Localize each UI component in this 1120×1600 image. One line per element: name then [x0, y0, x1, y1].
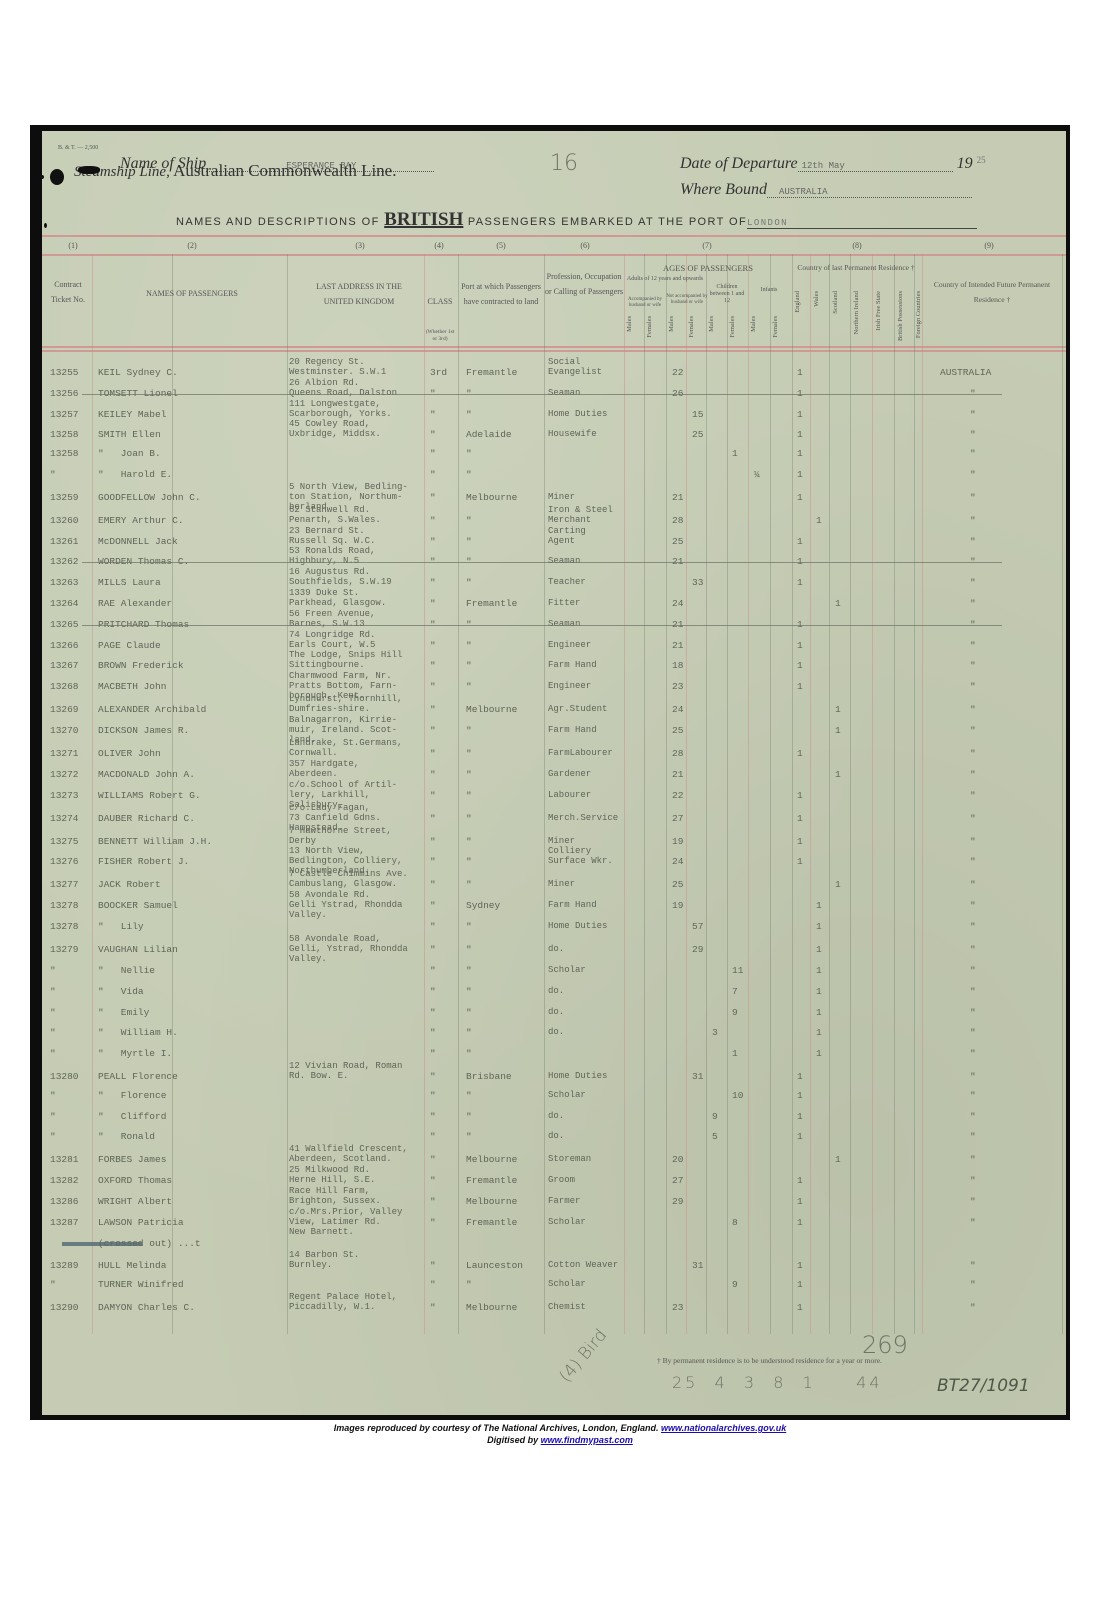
future-residence: " — [970, 965, 976, 976]
last-address: 12 Vivian Road, Roman Rd. Bow. E. — [289, 1061, 402, 1081]
last-residence-mark: 1 — [816, 1007, 822, 1018]
passenger-name: JACK Robert — [98, 879, 161, 890]
class: " — [430, 1196, 436, 1207]
image-credits: Images reproduced by courtesy of The Nat… — [0, 1422, 1120, 1446]
occupation: Housewife — [548, 429, 597, 439]
header-ticket: Contract Ticket No. — [48, 277, 88, 307]
ticket-number: 13272 — [50, 769, 79, 780]
where-bound-value: AUSTRALIA — [767, 187, 972, 198]
class: " — [430, 965, 436, 976]
class: " — [430, 536, 436, 547]
passenger-row: 13262WORDEN Thomas C.53 Ronalds Road, Hi… — [42, 546, 1066, 567]
destination-port: Melbourne — [466, 704, 517, 715]
ticket-number: 13271 — [50, 748, 79, 759]
ticket-number: " — [50, 1048, 56, 1059]
passenger-row: 13282OXFORD Thomas25 Milkwood Rd. Herne … — [42, 1165, 1066, 1186]
destination-port: " — [466, 813, 472, 824]
future-residence: " — [970, 921, 976, 932]
age: 25 — [692, 429, 703, 440]
last-residence-mark: 1 — [797, 1302, 803, 1313]
ink-blot — [40, 175, 44, 179]
age: 9 — [712, 1111, 718, 1122]
future-residence: " — [970, 429, 976, 440]
passenger-row: 13257KEILEY Mabel111 Longwestgate, Scarb… — [42, 399, 1066, 420]
passenger-name: DAMYON Charles C. — [98, 1302, 195, 1313]
future-residence: " — [970, 1302, 976, 1313]
future-residence: " — [970, 769, 976, 780]
class: " — [430, 879, 436, 890]
future-residence: " — [970, 725, 976, 736]
destination-port: " — [466, 1090, 472, 1101]
passenger-name: TURNER Winifred — [98, 1279, 184, 1290]
passenger-row: 13286WRIGHT AlbertRace Hill Farm, Bright… — [42, 1186, 1066, 1207]
passenger-row: 13259GOODFELLOW John C.5 North View, Bed… — [42, 482, 1066, 505]
occupation: Home Duties — [548, 409, 607, 419]
departure-date-value: 12th May — [798, 161, 953, 172]
passenger-name: " Clifford — [98, 1111, 166, 1122]
passenger-name: " Joan B. — [98, 448, 161, 459]
age-subheader: Females — [646, 316, 653, 338]
last-residence-mark: 1 — [816, 1048, 822, 1059]
destination-port: Sydney — [466, 900, 500, 911]
header-not-accompanied: Not accompanied by husband or wife — [666, 294, 708, 306]
last-address: Race Hill Farm, Brighton, Sussex. — [289, 1186, 381, 1206]
age: 10 — [732, 1090, 743, 1101]
ink-blot — [44, 223, 47, 228]
passenger-name: " William H. — [98, 1027, 178, 1038]
ticket-number: " — [50, 1027, 56, 1038]
class: " — [430, 492, 436, 503]
future-residence: " — [970, 598, 976, 609]
passenger-row: 13256TOMSETT Lionel26 Albion Rd. Queens … — [42, 378, 1066, 399]
column-number: (5) — [486, 241, 516, 250]
header-rule — [42, 350, 1066, 352]
age-subheader: Females — [772, 316, 779, 338]
passenger-row: 13255KEIL Sydney C.20 Regency St. Westmi… — [42, 357, 1066, 378]
ticket-number: 13270 — [50, 725, 79, 736]
future-residence: " — [970, 900, 976, 911]
passenger-name: FISHER Robert J. — [98, 856, 189, 867]
last-residence-mark: 1 — [816, 515, 822, 526]
passenger-name: SMITH Ellen — [98, 429, 161, 440]
title-prefix: NAMES AND DESCRIPTIONS OF — [176, 216, 380, 228]
age: 7 — [732, 986, 738, 997]
occupation: do. — [548, 944, 564, 954]
occupation: Fitter — [548, 598, 580, 608]
occupation: Gardener — [548, 769, 591, 779]
ticket-number: 13263 — [50, 577, 79, 588]
future-residence: " — [970, 944, 976, 955]
age: 18 — [672, 660, 683, 671]
last-residence-mark: 1 — [797, 1260, 803, 1271]
passenger-row: 13263MILLS Laura16 Augustus Rd. Southfie… — [42, 567, 1066, 588]
class: " — [430, 1111, 436, 1122]
passenger-row: "" Nellie""Scholar111" — [42, 957, 1066, 978]
class: " — [430, 900, 436, 911]
last-address: 1339 Duke St. Parkhead, Glasgow. — [289, 588, 386, 608]
passenger-name: " Vida — [98, 986, 144, 997]
last-residence-mark: 1 — [835, 725, 841, 736]
destination-port: Fremantle — [466, 1217, 517, 1228]
future-residence: " — [970, 1027, 976, 1038]
passenger-name: WILLIAMS Robert G. — [98, 790, 201, 801]
occupation: Social Evangelist — [548, 357, 602, 377]
page-title: NAMES AND DESCRIPTIONS OF BRITISH PASSEN… — [176, 209, 977, 231]
ticket-number: 13261 — [50, 536, 79, 547]
destination-port: " — [466, 409, 472, 420]
passenger-row: 13268MACBETH JohnCharmwood Farm, Nr. Pra… — [42, 671, 1066, 694]
ticket-number: " — [50, 469, 56, 480]
form-number: B. & T. — 2,500 — [58, 145, 98, 151]
age: 1 — [732, 448, 738, 459]
future-residence: " — [970, 879, 976, 890]
last-residence-mark: 1 — [797, 492, 803, 503]
occupation: Home Duties — [548, 1071, 607, 1081]
future-residence: " — [970, 1260, 976, 1271]
occupation: do. — [548, 1007, 564, 1017]
destination-port: " — [466, 921, 472, 932]
passenger-name: DICKSON James R. — [98, 725, 189, 736]
passenger-name: MACBETH John — [98, 681, 166, 692]
passenger-row: "" Harold E.""¼1" — [42, 461, 1066, 482]
last-residence-mark: 1 — [797, 1217, 803, 1228]
ink-blot — [78, 166, 100, 174]
passenger-row: "" Florence""Scholar101" — [42, 1082, 1066, 1103]
future-residence: " — [970, 856, 976, 867]
passenger-row: "" Ronald""do.51" — [42, 1123, 1066, 1144]
destination-port: " — [466, 660, 472, 671]
passenger-name: MILLS Laura — [98, 577, 161, 588]
passenger-name: ALEXANDER Archibald — [98, 704, 206, 715]
passenger-name: (crossed out) ...t — [98, 1238, 201, 1249]
last-address: 7 Castle Chimmins Ave. Cambuslang, Glasg… — [289, 869, 408, 889]
last-residence-mark: 1 — [797, 1175, 803, 1186]
future-residence: " — [970, 748, 976, 759]
destination-port: Melbourne — [466, 492, 517, 503]
future-residence: " — [970, 409, 976, 420]
passenger-row: 13258" Joan B.""11" — [42, 440, 1066, 461]
last-residence-mark: 1 — [835, 704, 841, 715]
passenger-name: KEILEY Mabel — [98, 409, 166, 420]
last-residence-mark: 1 — [797, 1071, 803, 1082]
class: " — [430, 515, 436, 526]
strikethrough-line — [82, 625, 1002, 626]
age: 5 — [712, 1131, 718, 1142]
passenger-name: " Florence — [98, 1090, 166, 1101]
ticket-number: 13264 — [50, 598, 79, 609]
last-address: 62 Stanwell Rd. Penarth, S.Wales. — [289, 505, 381, 525]
ticket-number: " — [50, 986, 56, 997]
last-address: 357 Hardgate, Aberdeen. — [289, 759, 359, 779]
age: 21 — [672, 640, 683, 651]
destination-port: " — [466, 986, 472, 997]
class: " — [430, 1217, 436, 1228]
class: " — [430, 1090, 436, 1101]
class: " — [430, 1131, 436, 1142]
occupation: Merch.Service — [548, 813, 618, 823]
future-residence: " — [970, 986, 976, 997]
passenger-name: LAWSON Patricia — [98, 1217, 184, 1228]
passenger-row: 13280PEALL Florence12 Vivian Road, Roman… — [42, 1061, 1066, 1082]
occupation: do. — [548, 1111, 564, 1121]
occupation: Seaman — [548, 556, 580, 566]
ticket-number: " — [50, 1090, 56, 1101]
last-address: 25 Milkwood Rd. Herne Hill, S.E. — [289, 1165, 375, 1185]
passenger-name: BENNETT William J.H. — [98, 836, 212, 847]
occupation: Groom — [548, 1175, 575, 1185]
ticket-number: 13265 — [50, 619, 79, 630]
destination-port: " — [466, 1279, 472, 1290]
passenger-row: 13278" Lily""Home Duties571" — [42, 913, 1066, 934]
age: 9 — [732, 1007, 738, 1018]
passenger-name: DAUBER Richard C. — [98, 813, 195, 824]
future-residence: " — [970, 1154, 976, 1165]
ticket-number: 13260 — [50, 515, 79, 526]
last-residence-mark: 1 — [797, 748, 803, 759]
steamship-line-value: Australian Commonwealth Line. — [173, 161, 396, 180]
header-names: NAMES OF PASSENGERS — [142, 286, 242, 301]
last-address: Lyndhurst, Thornhill, Dumfries-shire. — [289, 694, 402, 714]
passenger-row: "" Myrtle I.""11" — [42, 1040, 1066, 1061]
where-bound-line: Where BoundAUSTRALIA — [680, 181, 972, 199]
passenger-row: 13258SMITH Ellen45 Cowley Road, Uxbridge… — [42, 419, 1066, 440]
passenger-row: 13271OLIVER JohnLandrake, St.Germans, Co… — [42, 738, 1066, 759]
age-subheader: Males — [626, 316, 633, 332]
ticket-number: 13276 — [50, 856, 79, 867]
class: " — [430, 640, 436, 651]
last-residence-mark: 1 — [835, 1154, 841, 1165]
ticket-number: 13287 — [50, 1217, 79, 1228]
passenger-row: 13289HULL Melinda14 Barbon St. Burnley."… — [42, 1250, 1066, 1271]
ticket-number: 13268 — [50, 681, 79, 692]
last-address: 7 Hawthorne Street, Derby — [289, 826, 392, 846]
class: " — [430, 748, 436, 759]
ticket-number: 13262 — [50, 556, 79, 567]
last-residence-mark: 1 — [816, 900, 822, 911]
age: 24 — [672, 704, 683, 715]
column-number: (4) — [424, 241, 454, 250]
destination-port: Fremantle — [466, 1175, 517, 1186]
last-residence-mark: 1 — [835, 879, 841, 890]
age: 24 — [672, 598, 683, 609]
strikethrough-line — [82, 394, 1002, 395]
occupation: Seaman — [548, 388, 580, 398]
age: 25 — [672, 536, 683, 547]
country-subheader: Irish Free State — [875, 291, 882, 331]
passenger-name: " Ronald — [98, 1131, 155, 1142]
last-address: The Lodge, Snips Hill Sittingbourne. — [289, 650, 402, 670]
ticket-number: 13278 — [50, 900, 79, 911]
class: 3rd — [430, 367, 447, 378]
occupation: Carting Agent — [548, 526, 586, 546]
column-number: (3) — [340, 241, 380, 250]
passenger-row: 13276FISHER Robert J.13 North View, Bedl… — [42, 846, 1066, 869]
passenger-name: KEIL Sydney C. — [98, 367, 178, 378]
passenger-name: " Harold E. — [98, 469, 172, 480]
age: 31 — [692, 1071, 703, 1082]
class: " — [430, 921, 436, 932]
header-infants: Infants — [748, 287, 790, 294]
passenger-name: PAGE Claude — [98, 640, 161, 651]
future-residence: " — [970, 577, 976, 588]
ticket-number: 13255 — [50, 367, 79, 378]
last-address: 56 Freen Avenue, Barnes, S.W.13 — [289, 609, 375, 629]
destination-port: " — [466, 448, 472, 459]
ticket-number: " — [50, 965, 56, 976]
age: 31 — [692, 1260, 703, 1271]
national-archives-link[interactable]: www.nationalarchives.gov.uk — [661, 1423, 786, 1433]
last-residence-mark: 1 — [797, 681, 803, 692]
last-residence-mark: 1 — [797, 448, 803, 459]
passenger-name: FORBES James — [98, 1154, 166, 1165]
ticket-number: 13274 — [50, 813, 79, 824]
destination-port: " — [466, 1027, 472, 1038]
age: 23 — [672, 681, 683, 692]
class: " — [430, 1071, 436, 1082]
destination-port: Fremantle — [466, 598, 517, 609]
last-address: 26 Albion Rd. Queens Road, Dalston — [289, 378, 397, 398]
year-suffix: 25 — [977, 155, 986, 165]
passenger-row: 13290DAMYON Charles C.Regent Palace Hote… — [42, 1292, 1066, 1313]
header-adults: Adults of 12 years and upwards — [624, 276, 706, 283]
passenger-name: WRIGHT Albert — [98, 1196, 172, 1207]
occupation: Miner — [548, 492, 575, 502]
passenger-name: GOODFELLOW John C. — [98, 492, 201, 503]
future-residence: " — [970, 1175, 976, 1186]
last-address: 20 Regency St. Westminster. S.W.1 — [289, 357, 386, 377]
destination-port: Launceston — [466, 1260, 523, 1271]
header-rule — [42, 235, 1066, 237]
class: " — [430, 1302, 436, 1313]
future-residence: " — [970, 790, 976, 801]
age: 20 — [672, 1154, 683, 1165]
occupation: do. — [548, 1131, 564, 1141]
class: " — [430, 448, 436, 459]
strikethrough-line — [82, 562, 1002, 563]
future-residence: " — [970, 492, 976, 503]
handwritten-tally: 25 4 3 8 1 44 — [672, 1373, 883, 1392]
passenger-name: MACDONALD John A. — [98, 769, 195, 780]
passenger-row: 13275BENNETT William J.H.7 Hawthorne Str… — [42, 826, 1066, 847]
last-address: 16 Augustus Rd. Southfields, S.W.19 — [289, 567, 392, 587]
destination-port: Adelaide — [466, 429, 512, 440]
age: 24 — [672, 856, 683, 867]
country-subheader: Scotland — [832, 291, 839, 314]
future-residence: " — [970, 704, 976, 715]
country-subheader: British Possessions — [897, 291, 904, 341]
age: 27 — [672, 1175, 683, 1186]
ticket-number: 13278 — [50, 921, 79, 932]
passenger-row: 13269ALEXANDER ArchibaldLyndhurst, Thorn… — [42, 694, 1066, 715]
occupation: Chemist — [548, 1302, 586, 1312]
last-residence-mark: 1 — [835, 598, 841, 609]
last-address: 111 Longwestgate, Scarborough, Yorks. — [289, 399, 392, 419]
occupation: Farm Hand — [548, 725, 597, 735]
occupation: Miner — [548, 836, 575, 846]
passenger-row: 13287LAWSON Patriciac/o.Mrs.Prior, Valle… — [42, 1207, 1066, 1230]
class: " — [430, 1007, 436, 1018]
destination-port: " — [466, 944, 472, 955]
passenger-row: 13267BROWN FrederickThe Lodge, Snips Hil… — [42, 650, 1066, 671]
passenger-name: BROWN Frederick — [98, 660, 184, 671]
age: 3 — [712, 1027, 718, 1038]
header-accompanied: Accompanied by husband or wife — [624, 297, 666, 309]
ticket-number: 13280 — [50, 1071, 79, 1082]
class: " — [430, 836, 436, 847]
future-residence: " — [970, 813, 976, 824]
ticket-number: 13258 — [50, 429, 79, 440]
header-class: CLASS — [424, 294, 456, 309]
destination-port: " — [466, 879, 472, 890]
last-address: 53 Ronalds Road, Highbury, N.5 — [289, 546, 375, 566]
last-residence-mark: 1 — [797, 536, 803, 547]
occupation: Home Duties — [548, 921, 607, 931]
passenger-row: 13273WILLIAMS Robert G.c/o.School of Art… — [42, 780, 1066, 803]
class: " — [430, 469, 436, 480]
ink-blot — [50, 169, 64, 185]
ticket-number: 13282 — [50, 1175, 79, 1186]
last-residence-mark: 1 — [816, 944, 822, 955]
occupation: FarmLabourer — [548, 748, 613, 758]
occupation: do. — [548, 986, 564, 996]
header-future-residence: Country of Intended Future Permanent Res… — [922, 277, 1062, 307]
occupation: Teacher — [548, 577, 586, 587]
occupation: Scholar — [548, 1279, 586, 1289]
column-number: (2) — [172, 241, 212, 250]
handwritten-signature: (4) Bird — [556, 1326, 612, 1387]
ticket-number: 13273 — [50, 790, 79, 801]
findmypast-link[interactable]: www.findmypast.com — [541, 1435, 633, 1445]
destination-port: " — [466, 1048, 472, 1059]
title-suffix: PASSENGERS EMBARKED AT THE PORT OF — [468, 216, 747, 228]
passenger-name: BOOCKER Samuel — [98, 900, 178, 911]
destination-port: Melbourne — [466, 1196, 517, 1207]
occupation: Engineer — [548, 640, 591, 650]
class: " — [430, 660, 436, 671]
future-residence: AUSTRALIA — [940, 367, 991, 378]
last-address: 14 Barbon St. Burnley. — [289, 1250, 359, 1270]
class: " — [430, 1260, 436, 1271]
last-residence-mark: 1 — [797, 660, 803, 671]
destination-port: " — [466, 856, 472, 867]
last-residence-mark: 1 — [816, 986, 822, 997]
occupation: Farm Hand — [548, 900, 597, 910]
archive-reference: BT27/1091 — [937, 1376, 1030, 1396]
class: " — [430, 813, 436, 824]
age: 22 — [672, 367, 683, 378]
passenger-row: 13272MACDONALD John A.357 Hardgate, Aber… — [42, 759, 1066, 780]
ticket-number: " — [50, 1111, 56, 1122]
age: 22 — [672, 790, 683, 801]
class: " — [430, 1279, 436, 1290]
ticket-number: 13275 — [50, 836, 79, 847]
destination-port: " — [466, 1111, 472, 1122]
passenger-row: "" William H.""do.31" — [42, 1019, 1066, 1040]
age: 11 — [732, 965, 743, 976]
last-residence-mark: 1 — [797, 1111, 803, 1122]
occupation: Miner — [548, 879, 575, 889]
age: 21 — [672, 769, 683, 780]
passenger-row: (crossed out) ...t — [42, 1230, 1066, 1251]
last-residence-mark: 1 — [797, 856, 803, 867]
age: 21 — [672, 492, 683, 503]
last-residence-mark: 1 — [797, 1090, 803, 1101]
ticket-number: " — [50, 1279, 56, 1290]
future-residence: " — [970, 469, 976, 480]
header-ages: AGES OF PASSENGERS — [624, 261, 792, 276]
class: " — [430, 429, 436, 440]
age: 27 — [672, 813, 683, 824]
